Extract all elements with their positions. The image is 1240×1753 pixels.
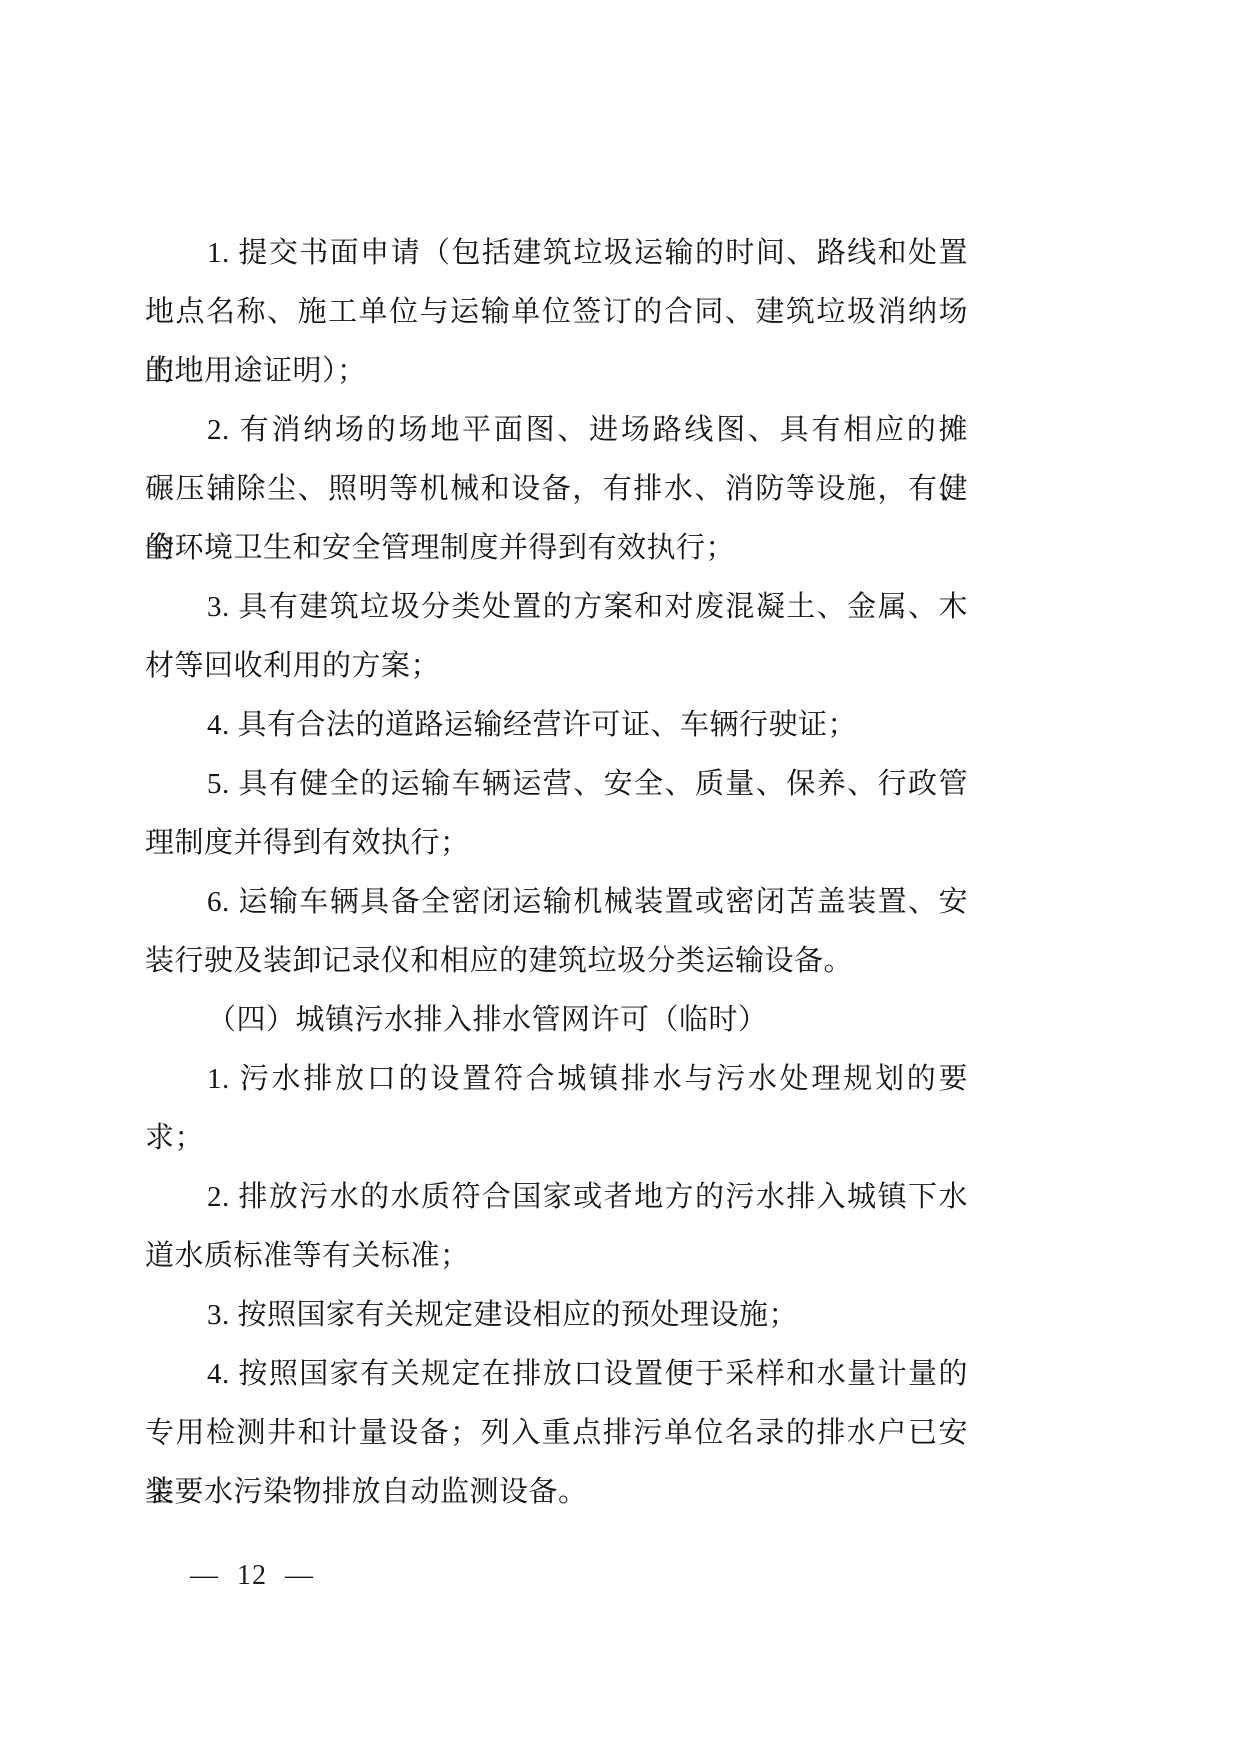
page-number: — 12 — (190, 1556, 314, 1596)
text-line: 2. 排放污水的水质符合国家或者地方的污水排入城镇下水 (145, 1168, 968, 1227)
text-line: 4. 具有合法的道路运输经营许可证、车辆行驶证； (145, 696, 968, 755)
text-line: （四）城镇污水排入排水管网许可（临时） (145, 991, 968, 1050)
text-line: 土地用途证明）； (145, 342, 968, 401)
text-line: 3. 按照国家有关规定建设相应的预处理设施； (145, 1286, 968, 1345)
text-line: 1. 污水排放口的设置符合城镇排水与污水处理规划的要 (145, 1050, 968, 1109)
text-line: 道水质标准等有关标准； (145, 1227, 968, 1286)
text-line: 的环境卫生和安全管理制度并得到有效执行； (145, 519, 968, 578)
text-line: 装行驶及装卸记录仪和相应的建筑垃圾分类运输设备。 (145, 932, 968, 991)
text-line: 地点名称、施工单位与运输单位签订的合同、建筑垃圾消纳场的 (145, 283, 968, 342)
text-line: 1. 提交书面申请（包括建筑垃圾运输的时间、路线和处置 (145, 224, 968, 283)
text-line: 材等回收利用的方案； (145, 637, 968, 696)
text-line: 4. 按照国家有关规定在排放口设置便于采样和水量计量的 (145, 1345, 968, 1404)
text-line: 6. 运输车辆具备全密闭运输机械装置或密闭苫盖装置、安 (145, 873, 968, 932)
document-page: 1. 提交书面申请（包括建筑垃圾运输的时间、路线和处置地点名称、施工单位与运输单… (0, 0, 1240, 1753)
text-line: 5. 具有健全的运输车辆运营、安全、质量、保养、行政管 (145, 755, 968, 814)
text-line: 2. 有消纳场的场地平面图、进场路线图、具有相应的摊铺、 (145, 401, 968, 460)
text-line: 理制度并得到有效执行； (145, 814, 968, 873)
document-body: 1. 提交书面申请（包括建筑垃圾运输的时间、路线和处置地点名称、施工单位与运输单… (145, 224, 968, 1522)
text-line: 碾压、除尘、照明等机械和设备，有排水、消防等设施，有健全 (145, 460, 968, 519)
text-line: 求； (145, 1109, 968, 1168)
text-line: 主要水污染物排放自动监测设备。 (145, 1463, 968, 1522)
text-line: 专用检测井和计量设备；列入重点排污单位名录的排水户已安装 (145, 1404, 968, 1463)
text-line: 3. 具有建筑垃圾分类处置的方案和对废混凝土、金属、木 (145, 578, 968, 637)
